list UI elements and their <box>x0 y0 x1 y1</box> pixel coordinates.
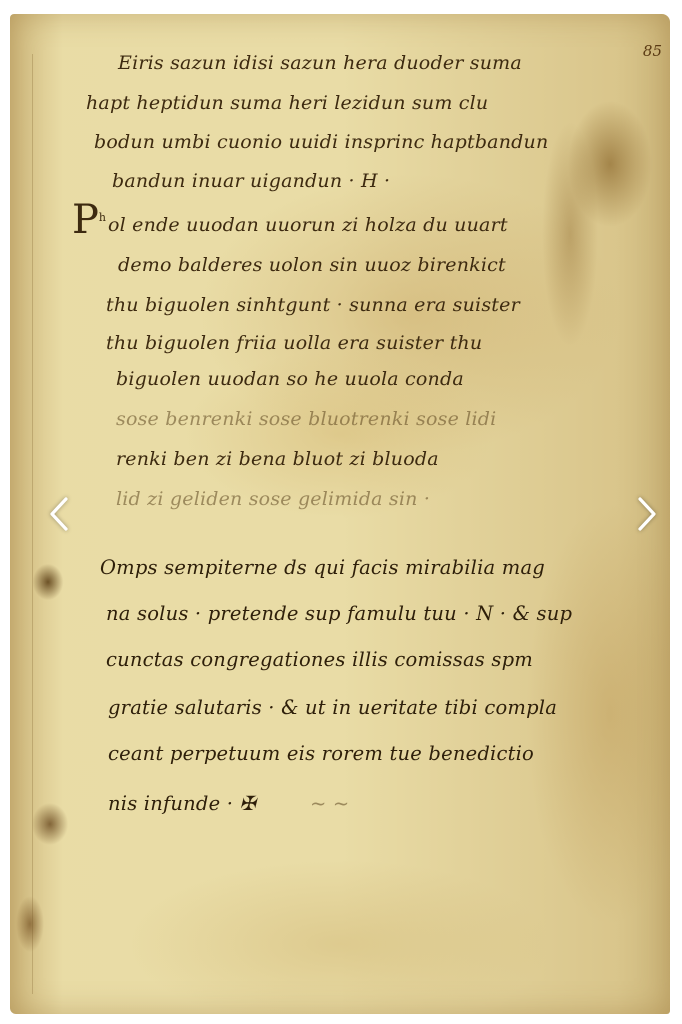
text-line: demo balderes uolon sin uuoz birenkict <box>118 254 506 276</box>
text-line: biguolen uuodan so he uuola conda <box>116 368 464 390</box>
manuscript-page: 85 Ph Eiris sazun idisi sazun hera duode… <box>10 14 670 1014</box>
chevron-left-icon <box>48 496 70 532</box>
image-viewer: 85 Ph Eiris sazun idisi sazun hera duode… <box>0 0 682 1024</box>
text-line: gratie salutaris · & ut in ueritate tibi… <box>108 696 557 719</box>
folio-number: 85 <box>643 42 662 60</box>
marginal-mark: ~ ~ <box>310 792 349 815</box>
text-line: ol ende uuodan uuorun zi holza du uuart <box>108 214 508 236</box>
text-line: lid zi geliden sose gelimida sin · <box>116 488 430 510</box>
text-line: Eiris sazun idisi sazun hera duoder suma <box>118 52 522 74</box>
text-line: hapt heptidun suma heri lezidun sum clu <box>86 92 488 114</box>
text-line: nis infunde · ✠ <box>108 792 256 815</box>
text-line: thu biguolen friia uolla era suister thu <box>106 332 482 354</box>
text-line: cunctas congregationes illis comissas sp… <box>106 648 533 671</box>
margin-ruling <box>32 54 33 994</box>
text-line: bodun umbi cuonio uuidi insprinc haptban… <box>94 131 548 153</box>
text-line: renki ben zi bena bluot zi bluoda <box>116 448 439 470</box>
text-line: ceant perpetuum eis rorem tue benedictio <box>108 742 534 765</box>
text-line: sose benrenki sose bluotrenki sose lidi <box>116 408 496 430</box>
text-line: bandun inuar uigandun · H · <box>112 170 390 192</box>
decorated-initial: Ph <box>72 200 106 240</box>
text-line: thu biguolen sinhtgunt · sunna era suist… <box>106 294 520 316</box>
previous-image-button[interactable] <box>44 492 74 536</box>
text-line: Omps sempiterne ds qui facis mirabilia m… <box>100 556 545 579</box>
chevron-right-icon <box>636 496 658 532</box>
text-line: na solus · pretende sup famulu tuu · N ·… <box>106 602 572 625</box>
next-image-button[interactable] <box>632 492 662 536</box>
